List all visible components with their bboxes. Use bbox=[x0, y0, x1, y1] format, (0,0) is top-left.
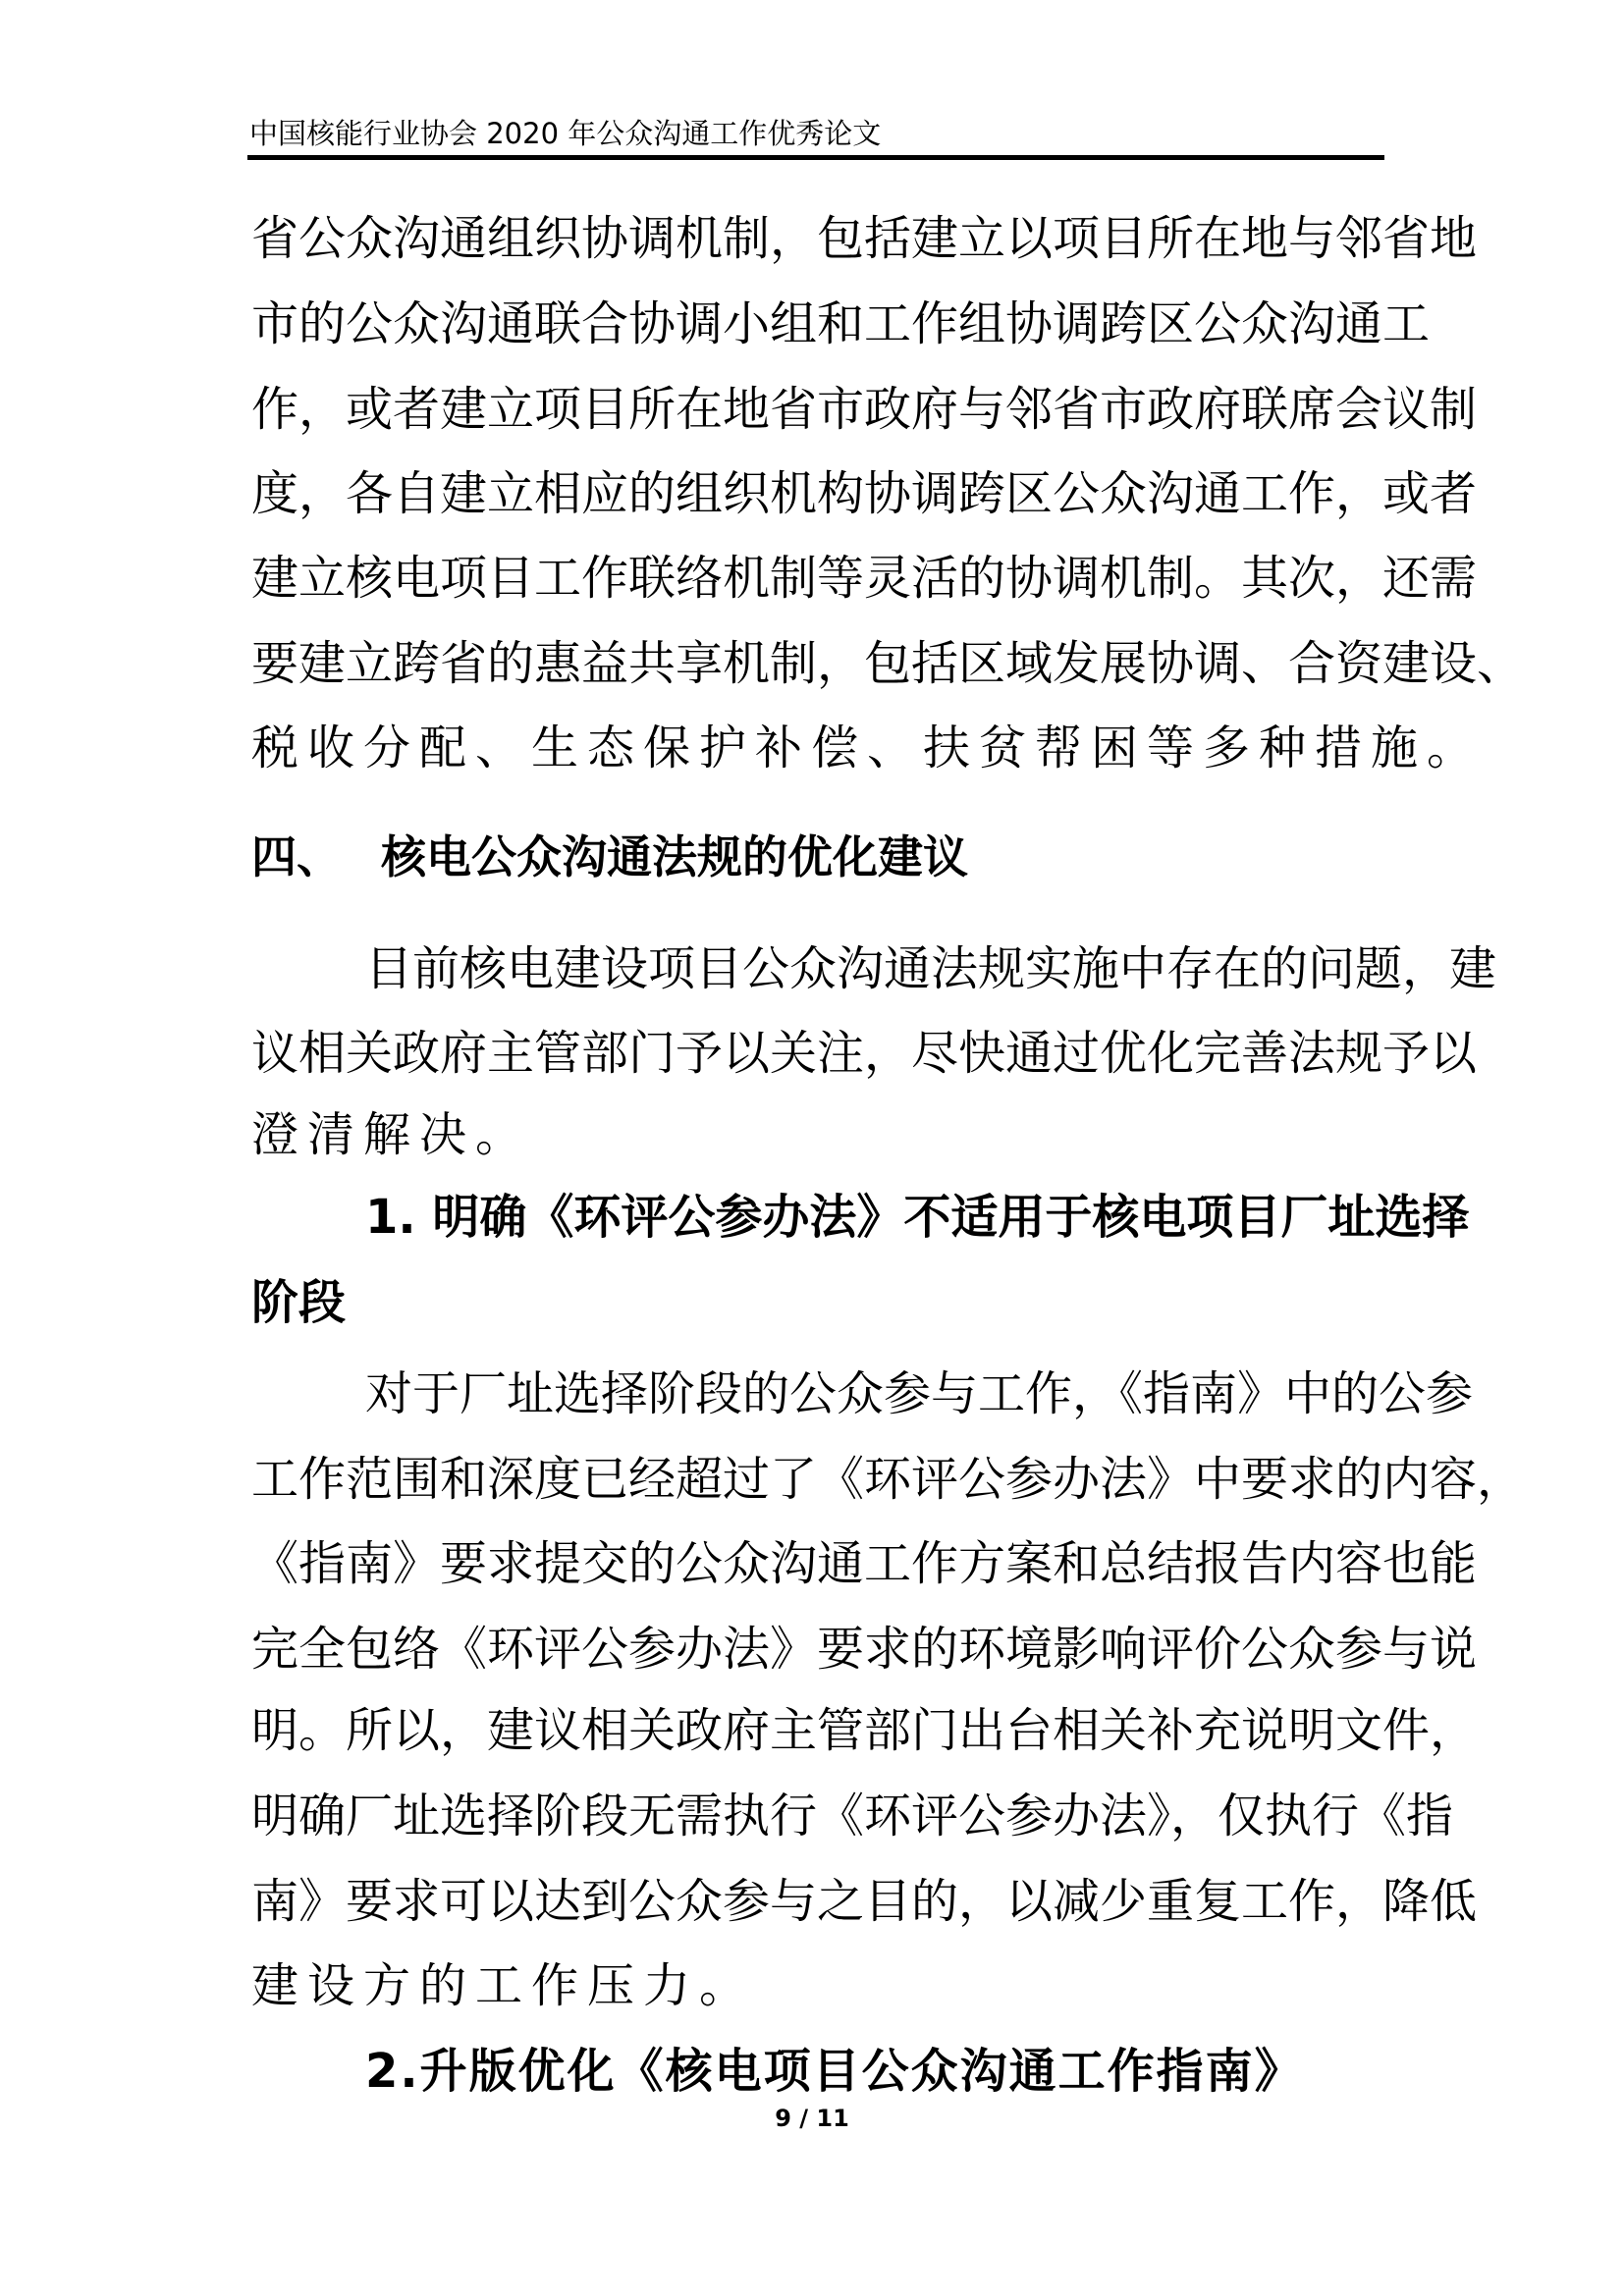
paragraph-line: 澄清解决。 bbox=[251, 1105, 1388, 1164]
subsection-heading-2: 2.升版优化《核电项目公众沟通工作指南》 bbox=[365, 2042, 1388, 2101]
page-number: 9 / 11 bbox=[0, 2105, 1624, 2132]
paragraph-line: 目前核电建设项目公众沟通法规实施中存在的问题，建 bbox=[365, 939, 1388, 998]
document-page: 中国核能行业协会 2020 年公众沟通工作优秀论文 省公众沟通组织协调机制，包括… bbox=[0, 0, 1624, 2296]
paragraph-line: 度，各自建立相应的组织机构协调跨区公众沟通工作，或者 bbox=[251, 464, 1388, 523]
header-divider bbox=[247, 155, 1384, 160]
paragraph-line: 明确厂址选择阶段无需执行《环评公参办法》，仅执行《指 bbox=[251, 1787, 1388, 1845]
paragraph-line: 省公众沟通组织协调机制，包括建立以项目所在地与邻省地 bbox=[251, 209, 1388, 268]
section-heading: 四、核电公众沟通法规的优化建议 bbox=[251, 828, 1388, 886]
paragraph-line: 工作范围和深度已经超过了《环评公参办法》中要求的内容， bbox=[251, 1450, 1388, 1509]
paragraph-line: 要建立跨省的惠益共享机制，包括区域发展协调、合资建设、 bbox=[251, 634, 1388, 693]
paragraph-line: 作，或者建立项目所在地省市政府与邻省市政府联席会议制 bbox=[251, 380, 1388, 439]
section-title: 核电公众沟通法规的优化建议 bbox=[381, 830, 968, 883]
paragraph-line: 建设方的工作压力。 bbox=[251, 1956, 1388, 2015]
paragraph-line: 税收分配、生态保护补偿、扶贫帮困等多种措施。 bbox=[251, 719, 1388, 777]
paragraph-line: 南》要求可以达到公众参与之目的，以减少重复工作，降低 bbox=[251, 1872, 1388, 1931]
running-header: 中国核能行业协会 2020 年公众沟通工作优秀论文 bbox=[249, 116, 881, 151]
paragraph-line: 《指南》要求提交的公众沟通工作方案和总结报告内容也能 bbox=[251, 1534, 1388, 1593]
paragraph-line: 完全包络《环评公参办法》要求的环境影响评价公众参与说 bbox=[251, 1620, 1388, 1679]
subsection-heading-1: 1. 明确《环评公参办法》不适用于核电项目厂址选择 bbox=[365, 1188, 1388, 1247]
subsection-heading-1-cont: 阶段 bbox=[251, 1273, 1388, 1332]
paragraph-line: 议相关政府主管部门予以关注，尽快通过优化完善法规予以 bbox=[251, 1024, 1388, 1083]
paragraph-line: 市的公众沟通联合协调小组和工作组协调跨区公众沟通工 bbox=[251, 294, 1388, 353]
paragraph-line: 明。所以，建议相关政府主管部门出台相关补充说明文件， bbox=[251, 1701, 1388, 1760]
paragraph-line: 建立核电项目工作联络机制等灵活的协调机制。其次，还需 bbox=[251, 549, 1388, 608]
section-number: 四、 bbox=[251, 830, 342, 883]
paragraph-line: 对于厂址选择阶段的公众参与工作，《指南》中的公参 bbox=[365, 1364, 1388, 1423]
